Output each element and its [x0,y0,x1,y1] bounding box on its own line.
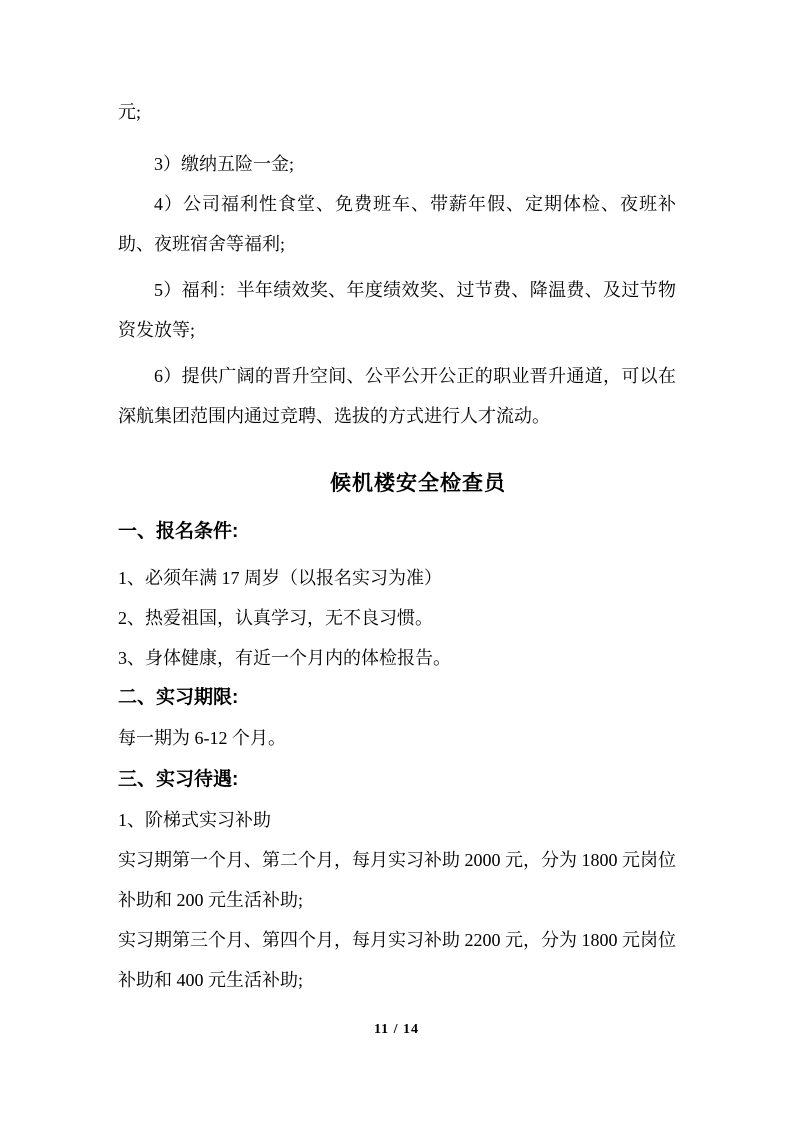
page-number: 11 / 14 [0,1012,793,1048]
benefit-item-4: 4）公司福利性食堂、免费班车、带薪年假、定期体检、夜班补助、夜班宿舍等福利; [118,184,676,264]
requirement-item-3: 3、身体健康，有近一个月内的体检报告。 [118,638,676,678]
duration-item: 每一期为 6-12 个月。 [118,718,676,758]
benefit-item-5: 5）福利：半年绩效奖、年度绩效奖、过节费、降温费、及过节物资发放等; [118,270,676,350]
benefit-item-6: 6）提供广阔的晋升空间、公平公开公正的职业晋升通道，可以在深航集团范围内通过竞聘… [118,356,676,436]
compensation-item-1: 1、阶梯式实习补助 [118,800,676,840]
benefit-item-3: 3）缴纳五险一金; [118,144,676,184]
section-heading-duration: 二、实习期限: [118,678,676,718]
requirement-item-1: 1、必须年满 17 周岁（以报名实习为准） [118,558,676,598]
continuation-paragraph: 元; [118,92,676,132]
requirement-item-2: 2、热爱祖国，认真学习，无不良习惯。 [118,598,676,638]
section-heading-requirements: 一、报名条件: [118,512,676,552]
compensation-item-2: 实习期第一个月、第二个月，每月实习补助 2000 元，分为 1800 元岗位补助… [118,840,676,920]
section-heading-compensation: 三、实习待遇: [118,760,676,800]
compensation-item-3: 实习期第三个月、第四个月，每月实习补助 2200 元，分为 1800 元岗位补助… [118,920,676,1000]
document-page: 元; 3）缴纳五险一金; 4）公司福利性食堂、免费班车、带薪年假、定期体检、夜班… [0,0,793,1122]
job-title: 候机楼安全检查员 [118,464,676,504]
